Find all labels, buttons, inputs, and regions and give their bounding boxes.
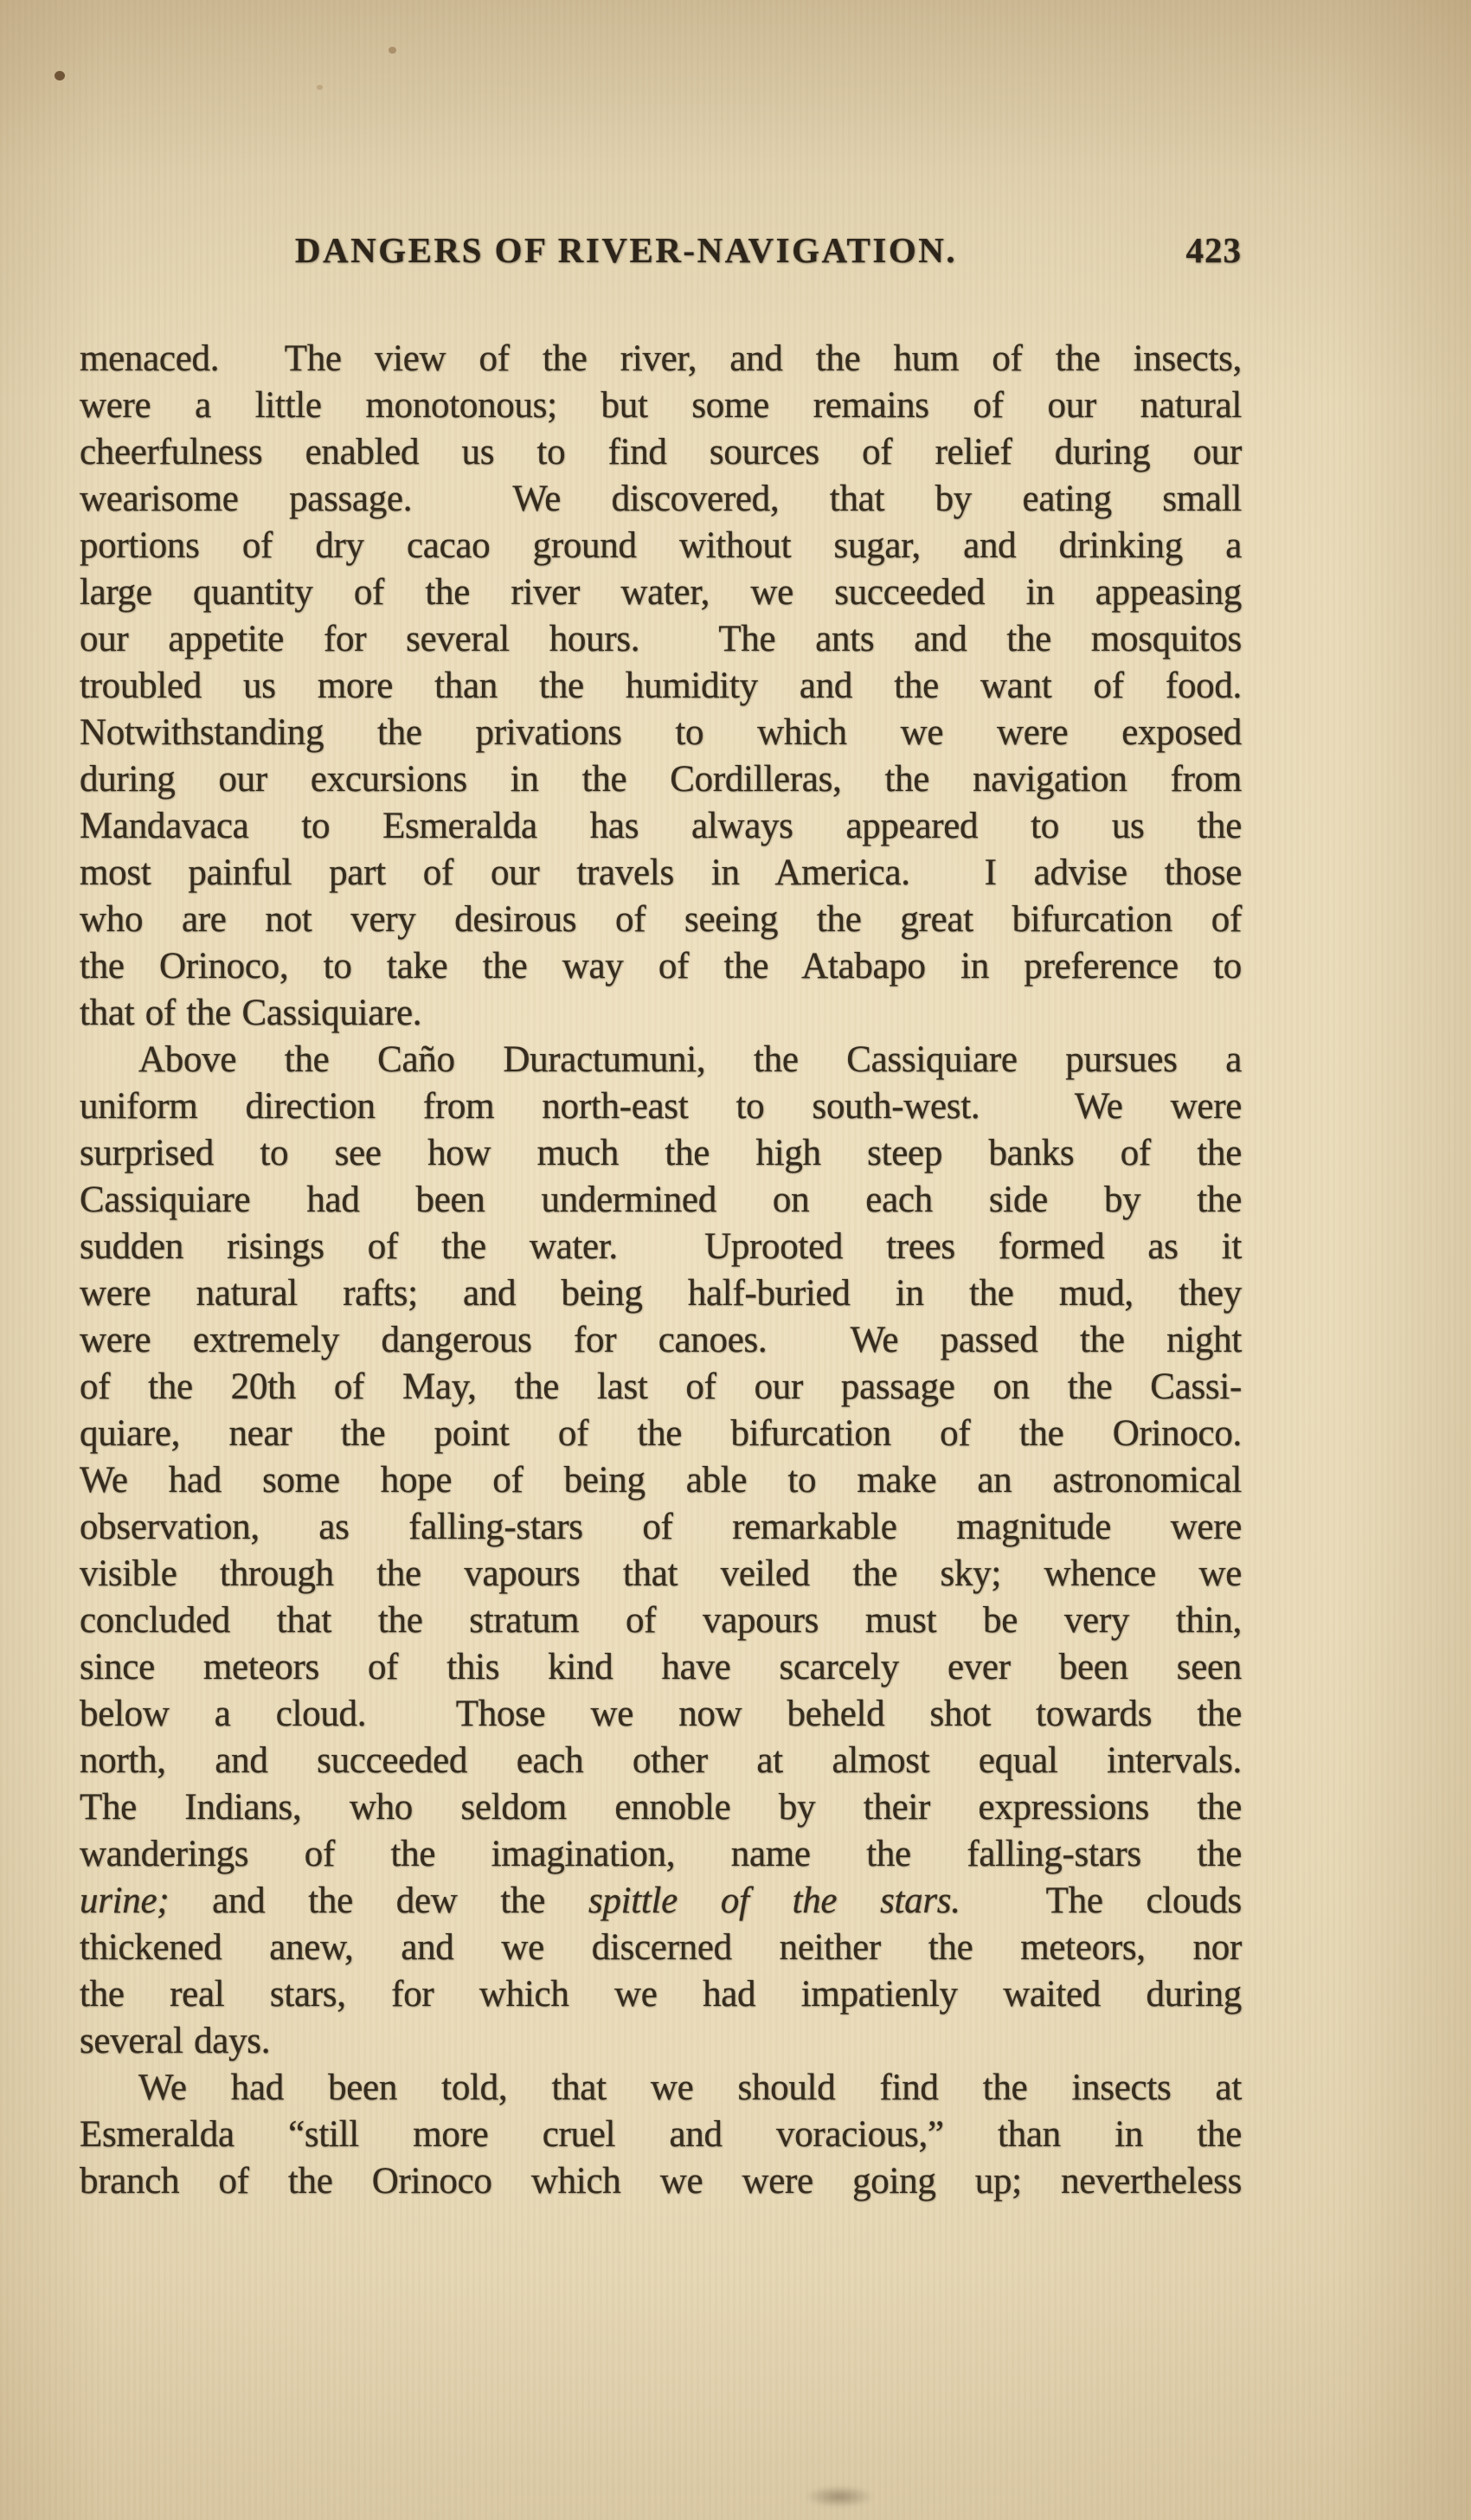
text-line: surprised to see how much the high steep… [80, 1130, 1242, 1177]
italic-text-segment: urine; [80, 1880, 169, 1921]
text-line: that of the Cassiquiare. [80, 990, 1242, 1037]
text-line: quiare, near the point of the bifurcatio… [80, 1411, 1242, 1457]
text-segment: quiare, near the point of the bifurcatio… [80, 1413, 1242, 1454]
text-segment: concluded that the stratum of vapours mu… [80, 1600, 1242, 1641]
italic-text-segment: spittle of the stars. [588, 1880, 960, 1921]
text-line: portions of dry cacao ground without sug… [80, 523, 1242, 569]
text-line: cheerfulness enabled us to find sources … [80, 429, 1242, 476]
text-segment: cheerfulness enabled us to find sources … [80, 432, 1242, 472]
text-segment: during our excursions in the Cordilleras… [80, 759, 1242, 800]
text-line: who are not very desirous of seeing the … [80, 897, 1242, 943]
text-segment: and the dew the [169, 1880, 588, 1921]
text-segment: Mandavaca to Esmeralda has always appear… [80, 806, 1242, 846]
text-segment: most painful part of our travels in Amer… [80, 852, 1242, 893]
text-segment: wearisome passage. We discovered, that b… [80, 479, 1242, 519]
text-line: large quantity of the river water, we su… [80, 569, 1242, 616]
text-segment: were natural rafts; and being half-burie… [80, 1273, 1242, 1314]
text-line: uniform direction from north-east to sou… [80, 1083, 1242, 1130]
text-segment: north, and succeeded each other at almos… [80, 1740, 1242, 1781]
text-segment: Above the Caño Duractumuni, the Cassiqui… [138, 1039, 1242, 1080]
text-line: wanderings of the imagination, name the … [80, 1831, 1242, 1878]
text-segment: troubled us more than the humidity and t… [80, 665, 1242, 706]
text-segment: who are not very desirous of seeing the … [80, 899, 1242, 940]
running-title: DANGERS OF RIVER-NAVIGATION. [295, 230, 957, 270]
text-segment: several days. [80, 2021, 270, 2061]
text-line: visible through the vapours that veiled … [80, 1551, 1242, 1597]
text-line: our appetite for several hours. The ants… [80, 616, 1242, 663]
text-segment: Cassiquiare had been undermined on each … [80, 1180, 1242, 1220]
text-segment: of the 20th of May, the last of our pass… [80, 1366, 1242, 1407]
text-segment: branch of the Orinoco which we were goin… [80, 2161, 1242, 2202]
text-line: We had been told, that we should find th… [80, 2065, 1242, 2112]
text-line: of the 20th of May, the last of our pass… [80, 1364, 1242, 1411]
text-line: Notwithstanding the privations to which … [80, 710, 1242, 756]
text-line: thickened anew, and we discerned neither… [80, 1925, 1242, 1971]
page-header: DANGERS OF RIVER-NAVIGATION. 423 [80, 230, 1242, 270]
text-line: north, and succeeded each other at almos… [80, 1738, 1242, 1784]
text-line: menaced. The view of the river, and the … [80, 336, 1242, 382]
text-line: Above the Caño Duractumuni, the Cassiqui… [80, 1037, 1242, 1083]
text-segment: the real stars, for which we had impatie… [80, 1974, 1242, 2015]
text-line: were a little monotonous; but some remai… [80, 382, 1242, 429]
text-segment: Notwithstanding the privations to which … [80, 712, 1242, 753]
text-line: below a cloud. Those we now beheld shot … [80, 1691, 1242, 1738]
text-line: urine; and the dew the spittle of the st… [80, 1878, 1242, 1925]
text-line: wearisome passage. We discovered, that b… [80, 476, 1242, 523]
text-segment: uniform direction from north-east to sou… [80, 1086, 1242, 1127]
text-line: the Orinoco, to take the way of the Atab… [80, 943, 1242, 990]
text-line: troubled us more than the humidity and t… [80, 663, 1242, 710]
text-line: several days. [80, 2018, 1242, 2065]
text-line: We had some hope of being able to make a… [80, 1457, 1242, 1504]
text-segment: visible through the vapours that veiled … [80, 1553, 1242, 1594]
text-line: The Indians, who seldom ennoble by their… [80, 1784, 1242, 1831]
text-segment: below a cloud. Those we now beheld shot … [80, 1694, 1242, 1734]
text-segment: since meteors of this kind have scarcely… [80, 1647, 1242, 1687]
text-line: were extremely dangerous for canoes. We … [80, 1317, 1242, 1364]
ink-speck [317, 85, 323, 90]
scan-smudge [805, 2485, 874, 2508]
ink-speck [389, 47, 396, 54]
text-segment: surprised to see how much the high steep… [80, 1133, 1242, 1173]
text-line: during our excursions in the Cordilleras… [80, 756, 1242, 803]
text-segment: large quantity of the river water, we su… [80, 572, 1242, 613]
text-segment: The Indians, who seldom ennoble by their… [80, 1787, 1242, 1828]
ink-speck [55, 71, 65, 80]
text-segment: were extremely dangerous for canoes. We … [80, 1320, 1242, 1360]
text-segment: our appetite for several hours. The ants… [80, 619, 1242, 659]
text-segment: sudden risings of the water. Uprooted tr… [80, 1226, 1242, 1267]
text-line: Mandavaca to Esmeralda has always appear… [80, 803, 1242, 850]
text-line: branch of the Orinoco which we were goin… [80, 2158, 1242, 2205]
text-line: observation, as falling-stars of remarka… [80, 1504, 1242, 1551]
text-segment: observation, as falling-stars of remarka… [80, 1507, 1242, 1547]
body-text: menaced. The view of the river, and the … [80, 336, 1242, 2205]
text-line: the real stars, for which we had impatie… [80, 1971, 1242, 2018]
text-segment: that of the Cassiquiare. [80, 993, 421, 1033]
page-number: 423 [1186, 230, 1243, 270]
text-line: since meteors of this kind have scarcely… [80, 1644, 1242, 1691]
text-line: most painful part of our travels in Amer… [80, 850, 1242, 897]
text-line: were natural rafts; and being half-burie… [80, 1270, 1242, 1317]
text-segment: thickened anew, and we discerned neither… [80, 1927, 1242, 1968]
text-line: Esmeralda “still more cruel and voraciou… [80, 2112, 1242, 2158]
text-line: concluded that the stratum of vapours mu… [80, 1597, 1242, 1644]
text-segment: the Orinoco, to take the way of the Atab… [80, 946, 1242, 987]
text-line: sudden risings of the water. Uprooted tr… [80, 1224, 1242, 1270]
text-segment: were a little monotonous; but some remai… [80, 385, 1242, 426]
text-segment: The clouds [960, 1880, 1242, 1921]
text-segment: portions of dry cacao ground without sug… [80, 525, 1242, 566]
text-line: Cassiquiare had been undermined on each … [80, 1177, 1242, 1224]
text-segment: wanderings of the imagination, name the … [80, 1834, 1242, 1874]
text-segment: Esmeralda “still more cruel and voraciou… [80, 2114, 1242, 2155]
text-segment: menaced. The view of the river, and the … [80, 338, 1242, 379]
text-segment: We had been told, that we should find th… [138, 2067, 1242, 2108]
text-segment: We had some hope of being able to make a… [80, 1460, 1242, 1501]
book-page: DANGERS OF RIVER-NAVIGATION. 423 menaced… [0, 0, 1471, 2520]
